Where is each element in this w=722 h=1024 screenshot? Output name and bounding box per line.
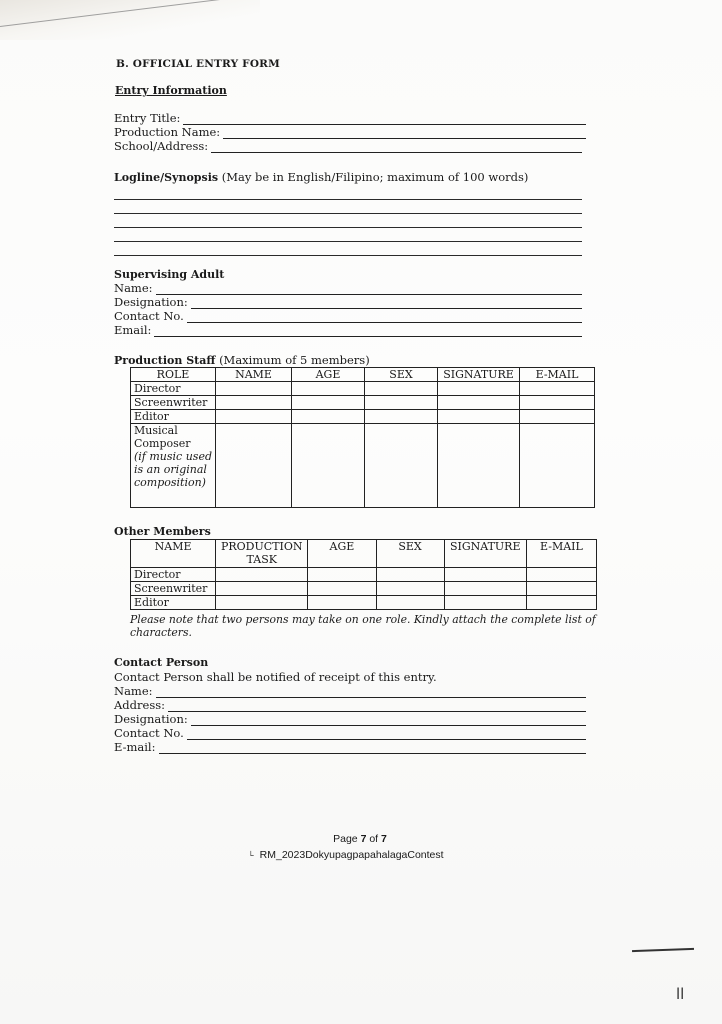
supervisor-email-field[interactable]: Email: (114, 323, 582, 337)
logline-line-1[interactable] (114, 199, 582, 200)
email-cell[interactable] (520, 424, 595, 508)
contact-designation-input[interactable] (191, 715, 586, 726)
column-header: AGE (292, 368, 365, 382)
logline-line-4[interactable] (114, 241, 582, 242)
name-cell[interactable] (216, 396, 292, 410)
column-header: ROLE (131, 368, 216, 382)
email-cell[interactable] (520, 382, 595, 396)
email-cell[interactable] (526, 568, 596, 582)
contact-number-label: Contact No. (114, 726, 184, 740)
logline-line-5[interactable] (114, 255, 582, 256)
role-label: Musical Composer (134, 424, 196, 450)
column-header: AGE (308, 540, 376, 568)
production-task-cell[interactable] (216, 568, 308, 582)
table-row: Director (131, 382, 595, 396)
supervisor-designation-label: Designation: (114, 295, 188, 309)
role-cell: Screenwriter (131, 396, 216, 410)
paper-edge (0, 0, 238, 27)
column-header: SIGNATURE (438, 368, 520, 382)
signature-cell[interactable] (438, 396, 520, 410)
production-staff-table: ROLE NAME AGE SEX SIGNATURE E-MAIL Direc… (130, 367, 595, 508)
page-of: of (369, 833, 378, 845)
page-total: 7 (381, 833, 387, 845)
entry-information-heading: Entry Information (115, 84, 227, 97)
production-staff-heading: Production Staff (114, 354, 215, 367)
age-cell[interactable] (308, 596, 376, 610)
table-row: Editor (131, 410, 595, 424)
bullet-icon: └ (248, 851, 254, 860)
name-cell[interactable] (216, 410, 292, 424)
column-header: SIGNATURE (444, 540, 526, 568)
page-current: 7 (361, 833, 367, 845)
logline-heading-row: Logline/Synopsis (May be in English/Fili… (114, 170, 528, 185)
production-name-field[interactable]: Production Name: (114, 125, 586, 139)
entry-title-input[interactable] (183, 114, 586, 125)
supervisor-email-input[interactable] (154, 326, 582, 337)
contact-name-label: Name: (114, 684, 153, 698)
logline-line-2[interactable] (114, 213, 582, 214)
column-header: E-MAIL (520, 368, 595, 382)
age-cell[interactable] (308, 582, 376, 596)
contact-name-field[interactable]: Name: (114, 684, 586, 698)
contact-person-heading: Contact Person (114, 656, 208, 669)
sex-cell[interactable] (376, 568, 444, 582)
table-row: Screenwriter (131, 396, 595, 410)
supervisor-name-field[interactable]: Name: (114, 281, 582, 295)
page-prefix: Page (333, 833, 358, 845)
supervisor-contact-input[interactable] (187, 312, 582, 323)
signature-cell[interactable] (444, 568, 526, 582)
role-cell: Director (131, 382, 216, 396)
sex-cell[interactable] (376, 582, 444, 596)
email-cell[interactable] (526, 596, 596, 610)
school-address-field[interactable]: School/Address: (114, 139, 582, 153)
role-cell: Editor (131, 410, 216, 424)
name-label-cell: Screenwriter (131, 582, 216, 596)
column-header: NAME (131, 540, 216, 568)
doc-code: RM_2023DokyupagpapahalagaContest (260, 849, 444, 861)
contact-person-description: Contact Person shall be notified of rece… (114, 670, 437, 684)
column-header: SEX (376, 540, 444, 568)
contact-address-label: Address: (114, 698, 165, 712)
contact-name-input[interactable] (156, 687, 586, 698)
column-header: E-MAIL (526, 540, 596, 568)
sex-cell[interactable] (365, 410, 438, 424)
school-address-label: School/Address: (114, 139, 208, 153)
age-cell[interactable] (308, 568, 376, 582)
contact-designation-label: Designation: (114, 712, 188, 726)
entry-title-field[interactable]: Entry Title: (114, 111, 586, 125)
contact-address-field[interactable]: Address: (114, 698, 586, 712)
table-row: Director (131, 568, 597, 582)
email-cell[interactable] (520, 396, 595, 410)
signature-cell[interactable] (444, 582, 526, 596)
sex-cell[interactable] (365, 382, 438, 396)
section-title: B. OFFICIAL ENTRY FORM (116, 58, 280, 70)
page-number: Page 7 of 7 (230, 833, 490, 845)
age-cell[interactable] (292, 396, 365, 410)
production-staff-note: (Maximum of 5 members) (219, 353, 370, 367)
age-cell[interactable] (292, 382, 365, 396)
signature-cell[interactable] (438, 382, 520, 396)
role-note: (if music used is an original compositio… (134, 450, 212, 489)
production-task-cell[interactable] (216, 582, 308, 596)
column-header: SEX (365, 368, 438, 382)
contact-address-input[interactable] (168, 701, 586, 712)
name-label-cell: Editor (131, 596, 216, 610)
logline-heading: Logline/Synopsis (114, 171, 218, 184)
email-cell[interactable] (526, 582, 596, 596)
other-members-heading: Other Members (114, 525, 211, 538)
table-header-row: ROLE NAME AGE SEX SIGNATURE E-MAIL (131, 368, 595, 382)
page-shadow (0, 0, 260, 40)
contact-designation-field[interactable]: Designation: (114, 712, 586, 726)
handwritten-mark: ll (676, 985, 684, 1003)
table-row: Musical Composer (if music used is an or… (131, 424, 595, 508)
logline-instruction: (May be in English/Filipino; maximum of … (222, 170, 529, 184)
document-page: B. OFFICIAL ENTRY FORM Entry Information… (0, 0, 722, 1024)
supervisor-contact-label: Contact No. (114, 309, 184, 323)
supervisor-designation-input[interactable] (191, 298, 582, 309)
name-cell[interactable] (216, 424, 292, 508)
sex-cell[interactable] (365, 424, 438, 508)
supervisor-name-input[interactable] (156, 284, 582, 295)
sex-cell[interactable] (365, 396, 438, 410)
production-task-cell[interactable] (216, 596, 308, 610)
table-row: Screenwriter (131, 582, 597, 596)
signature-cell[interactable] (438, 410, 520, 424)
contact-number-field[interactable]: Contact No. (114, 726, 586, 740)
entry-title-label: Entry Title: (114, 111, 180, 125)
sex-cell[interactable] (376, 596, 444, 610)
supervisor-designation-field[interactable]: Designation: (114, 295, 582, 309)
other-members-table: NAME PRODUCTION TASK AGE SEX SIGNATURE E… (130, 539, 597, 610)
supervisor-email-label: Email: (114, 323, 151, 337)
school-address-input[interactable] (211, 142, 582, 153)
contact-number-input[interactable] (187, 729, 586, 740)
name-label-cell: Director (131, 568, 216, 582)
logline-line-3[interactable] (114, 227, 582, 228)
name-cell[interactable] (216, 382, 292, 396)
table-header-row: NAME PRODUCTION TASK AGE SEX SIGNATURE E… (131, 540, 597, 568)
doc-code-row: └RM_2023DokyupagpapahalagaContest (248, 849, 468, 861)
other-members-note: Please note that two persons may take on… (130, 613, 600, 639)
contact-email-field[interactable]: E-mail: (114, 740, 586, 754)
supervisor-name-label: Name: (114, 281, 153, 295)
age-cell[interactable] (292, 410, 365, 424)
role-cell: Musical Composer (if music used is an or… (131, 424, 216, 508)
production-name-label: Production Name: (114, 125, 220, 139)
production-staff-heading-row: Production Staff (Maximum of 5 members) (114, 353, 370, 368)
table-row: Editor (131, 596, 597, 610)
signature-cell[interactable] (444, 596, 526, 610)
supervisor-contact-field[interactable]: Contact No. (114, 309, 582, 323)
column-header: NAME (216, 368, 292, 382)
production-name-input[interactable] (223, 128, 586, 139)
handwritten-line (632, 948, 694, 952)
supervising-adult-heading: Supervising Adult (114, 268, 224, 281)
column-header: PRODUCTION TASK (216, 540, 308, 568)
signature-cell[interactable] (438, 424, 520, 508)
email-cell[interactable] (520, 410, 595, 424)
age-cell[interactable] (292, 424, 365, 508)
contact-email-input[interactable] (159, 743, 587, 754)
contact-email-label: E-mail: (114, 740, 156, 754)
